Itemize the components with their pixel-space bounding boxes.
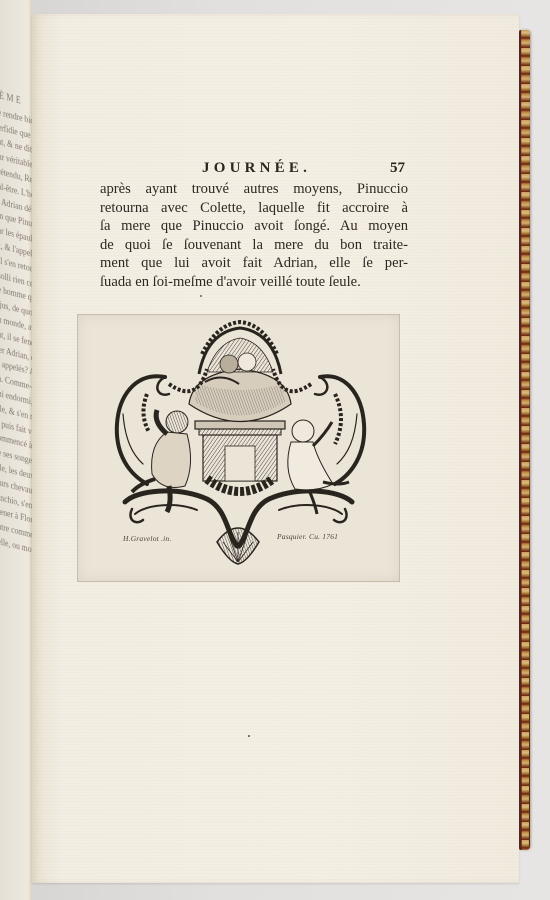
- body-line: retourna avec Colette, laquelle fit accr…: [100, 199, 408, 218]
- body-line: ſa mere que Pinuccio avoit ſongé. Au moy…: [100, 217, 408, 236]
- engraver-signature-left: H.Gravelot .in.: [123, 534, 171, 543]
- paper-speck: [200, 295, 202, 297]
- body-line: ment que lui avoit fait Adrian, elle ſe …: [100, 254, 408, 273]
- running-head-title: JOURNÉE.: [202, 160, 311, 177]
- body-line: ſuada en ſoi-meſme d'avoir veillé toute …: [100, 273, 408, 292]
- running-head: JOURNÉE. 57: [100, 160, 405, 182]
- engraver-signature-right: Pasquier. Cu. 1761: [277, 532, 338, 541]
- body-line: de quoi ſe ſouvenant la mere du bon trai…: [100, 236, 408, 255]
- right-page: JOURNÉE. 57 après ayant trouvé autres mo…: [32, 14, 519, 883]
- gilt-leaf-pattern: [519, 30, 530, 850]
- body-line: après ayant trouvé autres moyens, Pinucc…: [100, 180, 408, 199]
- left-page-text: IÈME de rendre bienperfidie que ment, & …: [0, 88, 26, 557]
- body-text: après ayant trouvé autres moyens, Pinucc…: [100, 180, 408, 292]
- gilt-fore-edge: [519, 30, 530, 850]
- paper-speck: [248, 735, 250, 737]
- engraving-plate: H.Gravelot .in. Pasquier. Cu. 1761: [77, 314, 400, 582]
- left-page-lines: de rendre bienperfidie que ment, & ne di…: [0, 105, 26, 557]
- page-number: 57: [390, 160, 405, 177]
- left-page: IÈME de rendre bienperfidie que ment, & …: [0, 0, 32, 900]
- pedestal: [195, 421, 285, 481]
- shell-ornament: [217, 528, 259, 564]
